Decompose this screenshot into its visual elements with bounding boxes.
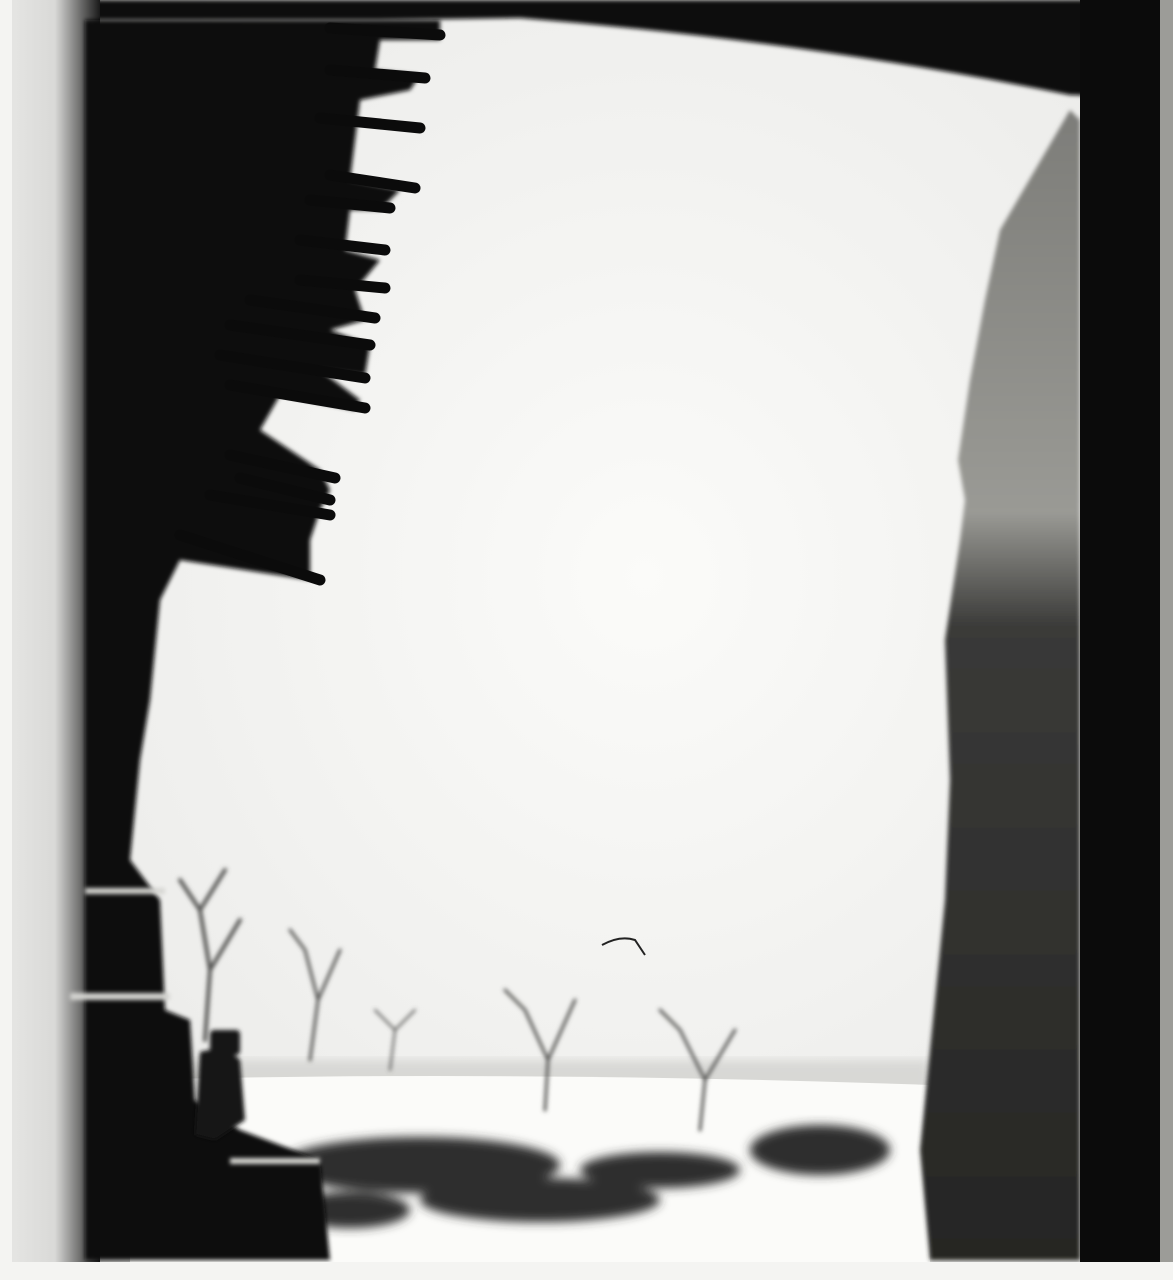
plate-edge-left [0, 0, 12, 1280]
photograph: Vintage black-and-white photograph: a sn… [0, 0, 1173, 1280]
photo-scene [0, 0, 1173, 1280]
plate-edge-bottom [0, 1262, 1173, 1280]
door-frame-right [1080, 0, 1160, 1280]
plate-edge-right [1160, 0, 1173, 1280]
